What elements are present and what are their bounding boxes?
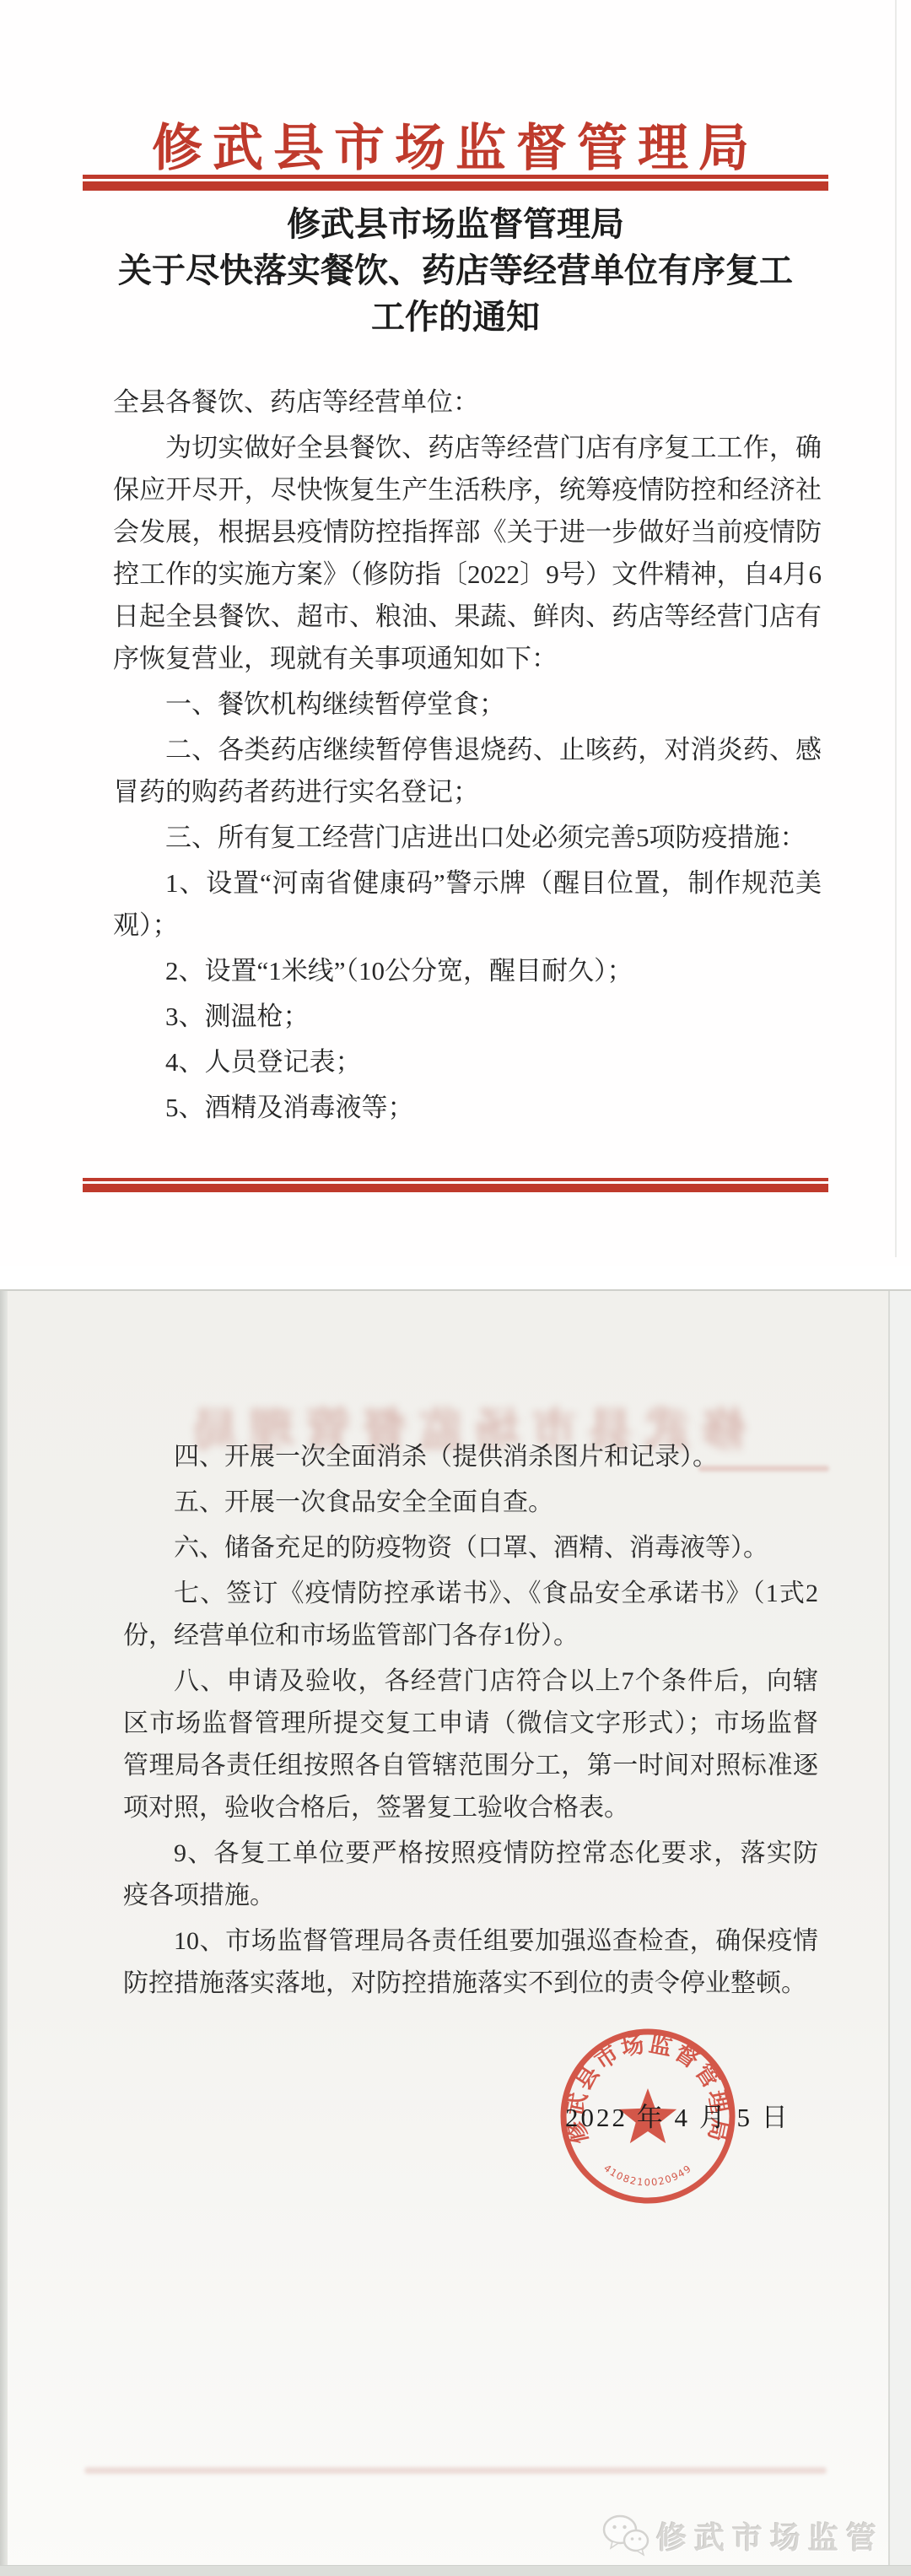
paragraph: 为切实做好全县餐饮、药店等经营门店有序复工工作，确保应开尽开，尽快恢复生产生活秩…: [113, 427, 822, 680]
paragraph: 2、设置“1米线”（10公分宽，醒目耐久）；: [113, 950, 822, 992]
page-2-right-margin: [890, 1291, 911, 2576]
page-2-left-edge: [0, 1291, 8, 2576]
paragraph: 二、各类药店继续暂停售退烧药、止咳药，对消炎药、感冒药的购药者药进行实名登记；: [113, 729, 822, 813]
document-title-line-3: 工作的通知: [0, 294, 911, 340]
page-1-right-edge: [895, 0, 897, 1257]
paragraph: 一、餐饮机构继续暂停堂食；: [113, 683, 822, 726]
watermark-footer: 修武市场监管: [601, 2513, 884, 2558]
page-2-right-edge: [888, 1291, 890, 2576]
page-footer-divider: [83, 1178, 828, 1192]
letterhead-title: 修武县市场监督管理局: [0, 108, 911, 181]
page-1-scan: 修武县市场监督管理局 修武县市场监督管理局 关于尽快落实餐饮、药店等经营单位有序…: [0, 0, 911, 1266]
svg-text:4108210020949: 4108210020949: [601, 2162, 694, 2188]
letterhead-divider: [83, 175, 828, 191]
paragraph: 六、储备充足的防疫物资（口罩、酒精、消毒液等）。: [123, 1527, 818, 1569]
document-title-line-1: 修武县市场监督管理局: [0, 201, 911, 247]
salutation: 全县各餐饮、药店等经营单位：: [113, 381, 822, 424]
paragraph: 3、测温枪；: [113, 996, 822, 1038]
document-title: 修武县市场监督管理局 关于尽快落实餐饮、药店等经营单位有序复工 工作的通知: [0, 201, 911, 340]
paragraph: 5、酒精及消毒液等；: [113, 1087, 822, 1129]
paragraph: 9、各复工单位要严格按照疫情防控常态化要求，落实防疫各项措施。: [123, 1833, 818, 1917]
scan-smudge: [84, 2467, 827, 2474]
paragraph: 四、开展一次全面消杀（提供消杀图片和记录）。: [123, 1436, 818, 1478]
seal-code: 4108210020949: [601, 2162, 694, 2188]
paragraph: 1、设置“河南省健康码”警示牌（醒目位置，制作规范美观）；: [113, 862, 822, 947]
paragraph: 八、申请及验收，各经营门店符合以上7个条件后，向辖区市场监督管理所提交复工申请（…: [123, 1661, 818, 1829]
scanned-notice-document: 修武县市场监督管理局 修武县市场监督管理局 关于尽快落实餐饮、药店等经营单位有序…: [0, 0, 911, 2576]
paragraph: 三、所有复工经营门店进出口处必须完善5项防疫措施：: [113, 817, 822, 859]
page-1-body: 全县各餐饮、药店等经营单位： 为切实做好全县餐饮、药店等经营门店有序复工工作，确…: [113, 381, 822, 1132]
paragraph: 4、人员登记表；: [113, 1041, 822, 1083]
paragraph: 10、市场监督管理局各责任组要加强巡查检查，确保疫情防控措施落实落地，对防控措施…: [123, 1920, 818, 2005]
watermark-account-name: 修武市场监管: [656, 2514, 884, 2557]
paragraph: 七、签订《疫情防控承诺书》、《食品安全承诺书》（1式2份，经营单位和市场监管部门…: [123, 1573, 818, 1657]
page-2-body: 四、开展一次全面消杀（提供消杀图片和记录）。 五、开展一次食品安全全面自查。 六…: [123, 1436, 818, 2008]
wechat-icon: [601, 2513, 651, 2558]
bottom-scan-edge: [0, 2565, 911, 2576]
document-title-line-2: 关于尽快落实餐饮、药店等经营单位有序复工: [0, 247, 911, 294]
paragraph: 五、开展一次食品安全全面自查。: [123, 1482, 818, 1524]
issue-date: 2022 年 4 月 5 日: [565, 2096, 790, 2134]
